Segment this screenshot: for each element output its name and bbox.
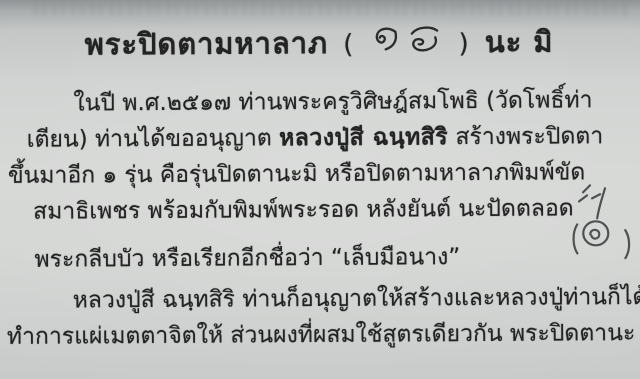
paragraph2-line2: ทำการแผ่เมตตาจิตให้ ส่วนผงที่ผสมใช้สูตรเ… [7, 315, 636, 355]
monk-name-bold: หลวงปู่สี ฉนฺทสิริ [279, 124, 448, 151]
paragraph1-line5: พระกลีบบัว หรือเรียกอีกชื่อว่า “เล็บมือน… [34, 239, 460, 278]
khom-na-mi-icon [371, 24, 441, 56]
paragraph1-line4: สมาธิเพชร พร้อมกับพิมพ์พระรอด หลังยันต์ … [33, 190, 574, 229]
title-paren-open: ( [339, 30, 358, 60]
page-title: พระปิดตามหาลาภ ( ) นะ มิ [0, 18, 639, 68]
title-paren-close: ) [454, 29, 473, 59]
paragraph1-line2-pre: เตียน) ท่านได้ขออนุญาต [27, 125, 280, 153]
paragraph1-line2-post: สร้างพระปิดตา [448, 123, 603, 150]
paragraph2-line1: หลวงปู่สี ฉนฺทสิริ ท่านก็อนุญาตให้สร้างแ… [73, 279, 640, 319]
title-text: พระปิดตามหาลาภ [85, 26, 329, 61]
paragraph1-line1: ในปี พ.ศ.๒๕๑๗ ท่านพระครูวิศิษฎ์สมโพธิ (ว… [73, 82, 592, 121]
paragraph1-line3: ขึ้นมาอีก ๑ รุ่น คือรุ่นปิดตานะมิ หรือปิ… [8, 154, 586, 194]
page-text: พระปิดตามหาลาภ ( ) นะ มิ ในปี พ.ศ.๒๕๑๗ ท… [0, 0, 640, 379]
scanned-book-page: { "page": { "title": { "prefix": "พระปิด… [0, 0, 640, 379]
handwritten-yantra-symbol [570, 182, 634, 262]
title-text-suffix: นะ มิ [485, 25, 554, 59]
paragraph1-line2: เตียน) ท่านได้ขออนุญาต หลวงปู่สี ฉนฺทสิร… [27, 118, 604, 158]
